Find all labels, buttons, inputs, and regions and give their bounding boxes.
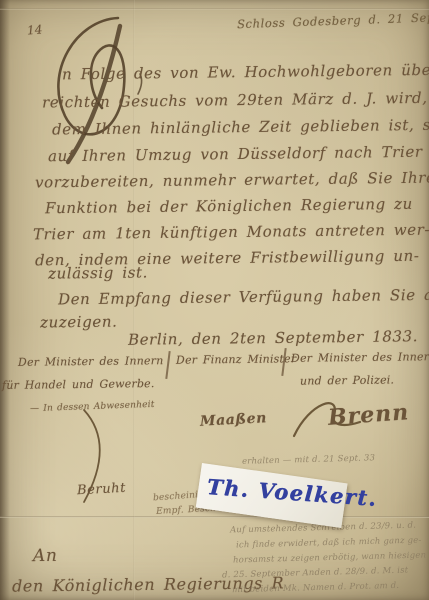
dateline: Berlin, den 2ten September 1833. xyxy=(128,327,418,349)
pencil-annotation-line: horsamst zu zeigen erbötig, wann hiesige… xyxy=(233,550,426,565)
scanned-letter-page: 14 Schloss Godesberg d. 21 Sep 1833. n F… xyxy=(0,0,429,600)
letter-body-line: zuzeigen. xyxy=(40,313,118,332)
top-fold-crease xyxy=(0,8,429,10)
pencil-note-above-sticker: erhalten — mit d. 21 Sept. 33 xyxy=(242,453,375,466)
minister-column2-title: Der Finanz Minister xyxy=(176,352,296,366)
middle-fold-crease xyxy=(0,516,429,518)
pasted-label: Th. Voelkert. xyxy=(196,463,348,528)
column-divider-left xyxy=(165,351,170,379)
letter-body-line: Den Empfang dieser Verfügung haben Sie a… xyxy=(58,286,429,309)
letter-body-line: reichten Gesuchs vom 29ten März d. J. wi… xyxy=(42,88,429,111)
received-annotation: Schloss Godesberg d. 21 Sep 1833. xyxy=(237,9,429,31)
pencil-annotation-line: d. 25. September Anden d. 28/9. d. M. is… xyxy=(222,566,409,581)
letter-body-line: n Folge des von Ew. Hochwohlgeboren über… xyxy=(62,61,429,84)
letter-body-line: Trier am 1ten künftigen Monats antreten … xyxy=(33,221,429,244)
letter-body-line: Funktion bei der Königlichen Regierung z… xyxy=(45,195,413,217)
minister-column1-title: Der Minister des Innern xyxy=(18,354,164,369)
minister-column1-subtitle: für Handel und Gewerbe. xyxy=(2,377,155,392)
address-an: An xyxy=(33,546,58,566)
letter-body-line: zulässig ist. xyxy=(48,263,148,282)
letter-body-line: auf Ihren Umzug von Düsseldorf nach Trie… xyxy=(48,143,423,166)
collector-signature-blue-ink: Th. Voelkert. xyxy=(206,474,378,511)
minister-column3-title: Der Minister des Innern xyxy=(291,350,429,365)
minister-column3-subtitle: und der Polizei. xyxy=(300,373,394,387)
pencil-annotation-line: ich finde erwidert, daß ich mich ganz ge… xyxy=(236,536,422,551)
maassen-signature: Maaßen xyxy=(200,410,268,429)
paper-left-edge-shadow xyxy=(0,0,10,600)
beruht-note: Beruht xyxy=(77,481,127,499)
letter-body-line: dem Ihnen hinlängliche Zeit geblieben is… xyxy=(52,116,429,139)
letter-body-line: vorzubereiten, nunmehr erwartet, daß Sie… xyxy=(35,169,429,192)
